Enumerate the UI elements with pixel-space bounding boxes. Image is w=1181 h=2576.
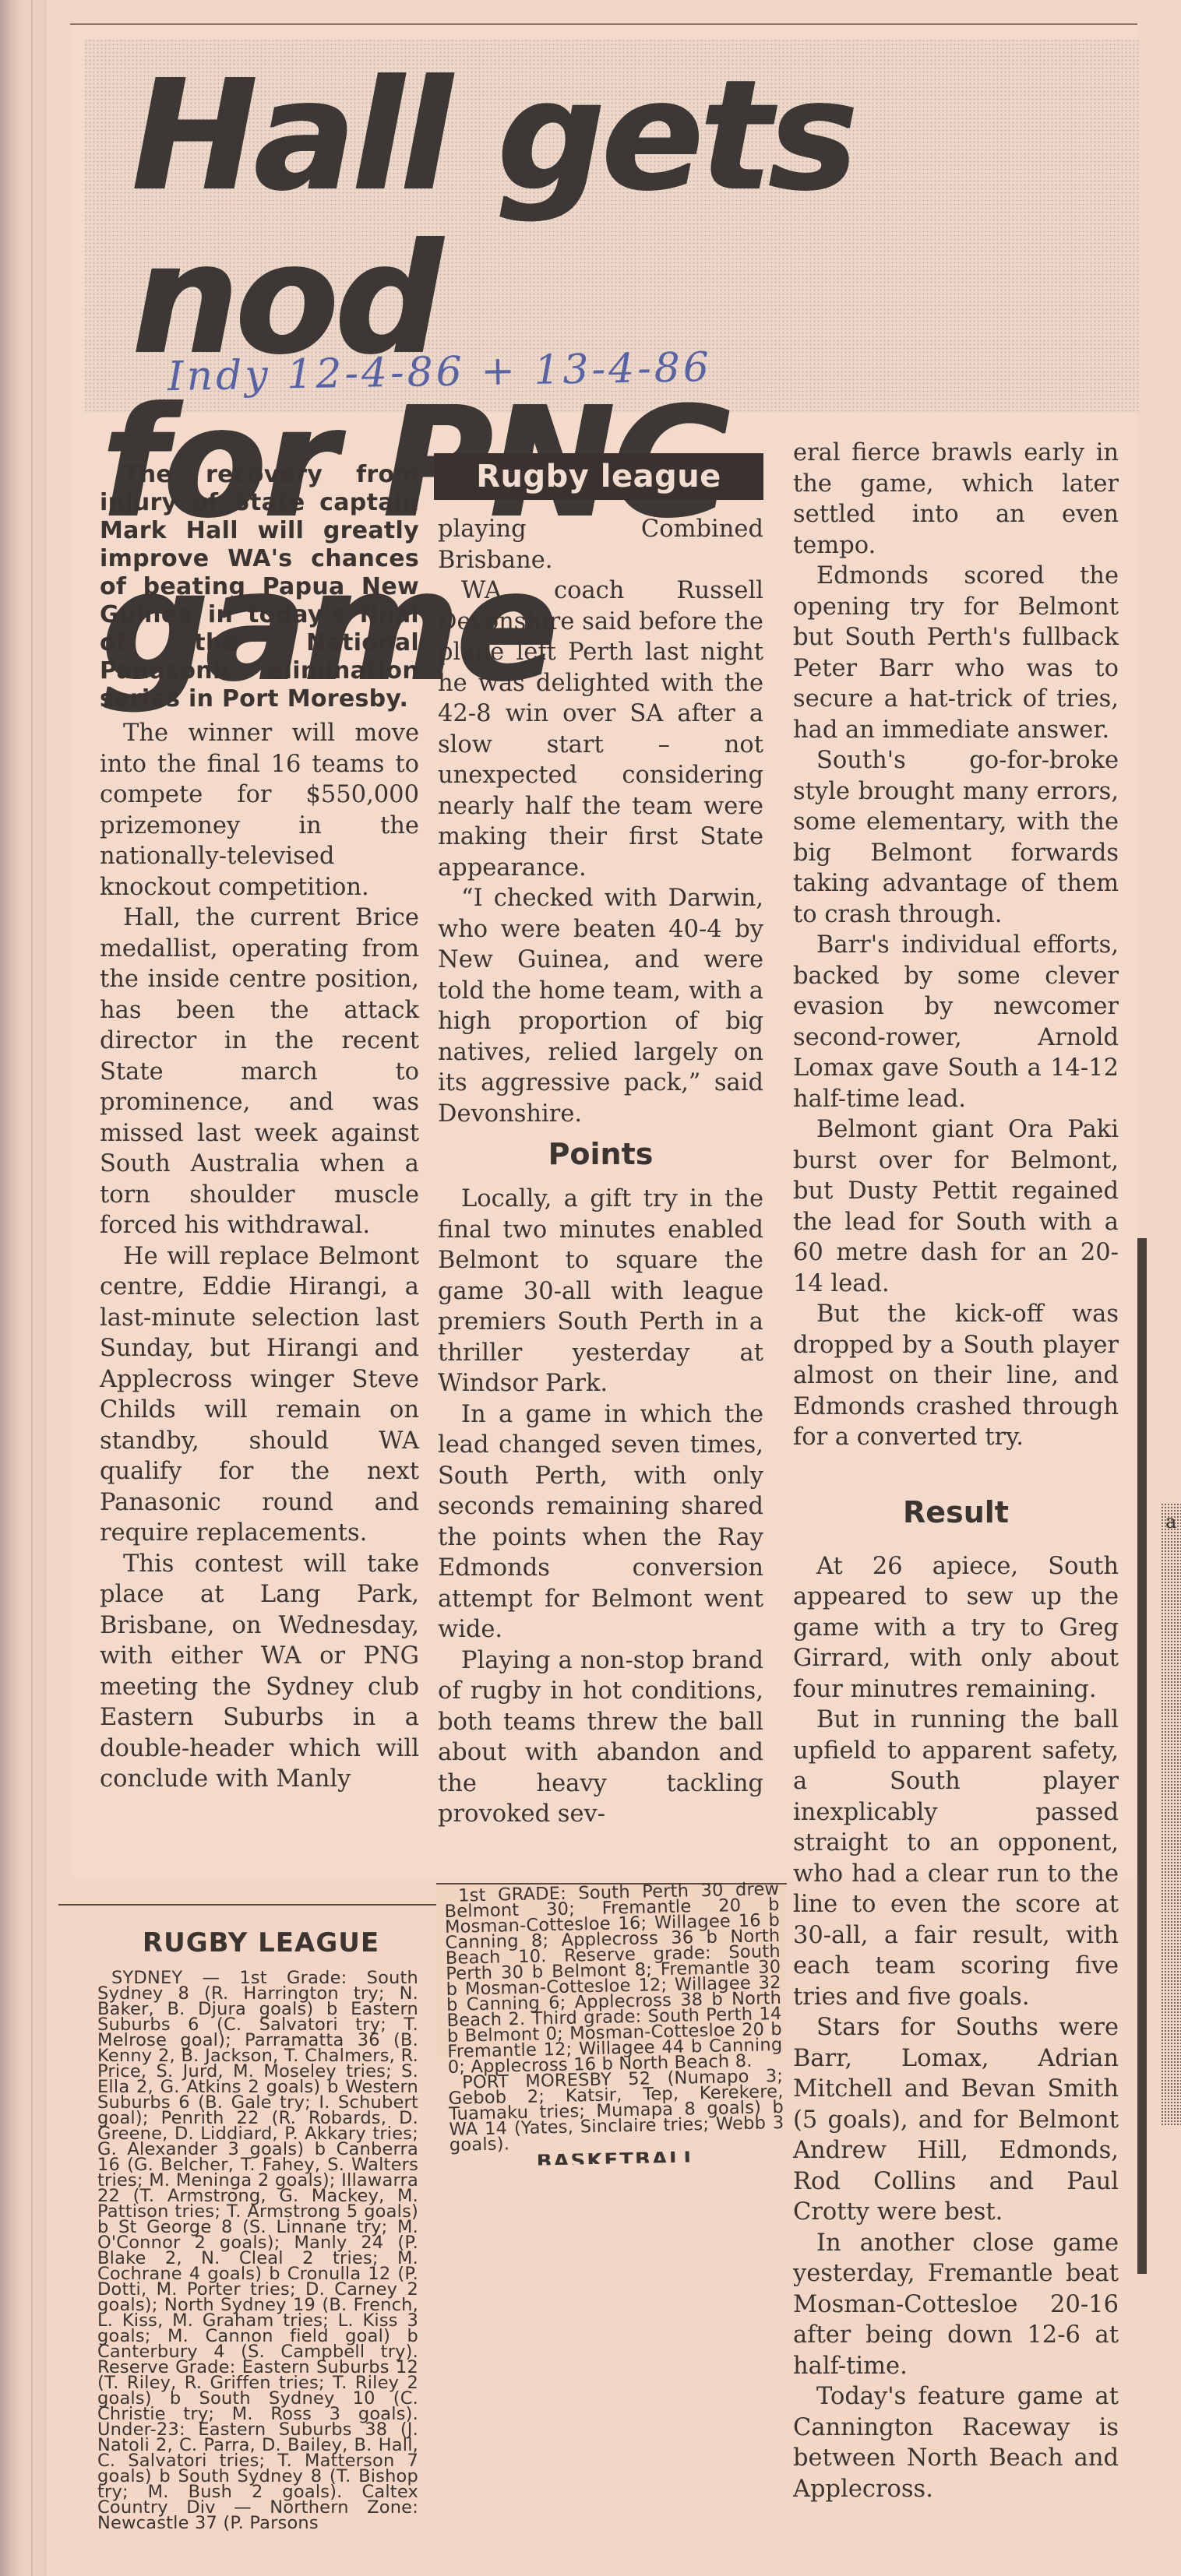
article-paragraph: Barr's individual efforts, backed by som… <box>793 930 1119 1114</box>
results-paragraph: PORT MORESBY 52 (Numapo 3; Gebob 2; Kats… <box>448 2068 784 2153</box>
adjacent-text-fragment: a <box>1165 1511 1176 1533</box>
article-paragraph: Hall, the current Brice medallist, opera… <box>100 903 419 1241</box>
article-paragraph: Playing a non-stop brand of rugby in hot… <box>438 1645 763 1830</box>
article-paragraph: In another close game yesterday, Fremant… <box>793 2228 1119 2382</box>
page-margin <box>0 0 47 2576</box>
article-paragraph: But in running the ball upfield to appar… <box>793 1705 1119 2012</box>
article-paragraph: But the kick-off was dropped by a South … <box>793 1299 1119 1453</box>
results-paragraph: 1st GRADE: South Perth 30 drew Belmont 3… <box>444 1881 783 2075</box>
section-banner-rugby-league: Rugby league <box>434 453 763 500</box>
article-paragraph: WA coach Russell Devonshire said before … <box>438 575 763 883</box>
article-paragraph: Belmont giant Ora Paki burst over for Be… <box>793 1114 1119 1299</box>
article-paragraph: eral fierce brawls early in the game, wh… <box>793 438 1119 561</box>
article-paragraph: In a game in which the lead changed seve… <box>438 1399 763 1645</box>
article-paragraph: The winner will move into the final 16 t… <box>100 718 419 903</box>
article-column-1: The recovery from injury of State captai… <box>100 461 419 1795</box>
perth-results: 1st GRADE: South Perth 30 drew Belmont 3… <box>444 1881 784 2167</box>
handwritten-date-note: Indy 12-4-86 + 13-4-86 <box>167 344 713 400</box>
article-paragraph: Locally, a gift try in the final two min… <box>438 1184 763 1399</box>
article-paragraph: Stars for Souths were Barr, Lomax, Adria… <box>793 2012 1119 2228</box>
article-paragraph: Edmonds scored the opening try for Belmo… <box>793 561 1119 745</box>
headline-line-1: Hall gets nod <box>101 55 1116 382</box>
article-paragraph: This contest will take place at Lang Par… <box>100 1549 419 1795</box>
results-paragraph: SYDNEY — 1st Grade: South Sydney 8 (R. H… <box>97 1970 418 2531</box>
adjacent-clipping-edge <box>1161 1503 1181 2126</box>
sydney-results: SYDNEY — 1st Grade: South Sydney 8 (R. H… <box>97 1970 418 2531</box>
article-paragraph: playing Combined Brisbane. <box>438 514 763 575</box>
subhead-points: Points <box>438 1132 763 1176</box>
article-intro: The recovery from injury of State captai… <box>100 461 419 713</box>
article-paragraph: Today's feature game at Cannington Racew… <box>793 2381 1119 2504</box>
article-paragraph: At 26 apiece, South appeared to sew up t… <box>793 1551 1119 1705</box>
subhead-result: Result <box>793 1490 1119 1534</box>
article-column-2: playing Combined Brisbane. WA coach Russ… <box>438 514 763 1830</box>
article-paragraph: He will replace Belmont centre, Eddie Hi… <box>100 1241 419 1549</box>
results-title: RUGBY LEAGUE <box>132 1927 390 1958</box>
column-rule <box>1137 1238 1147 2274</box>
article-column-3: eral fierce brawls early in the game, wh… <box>793 438 1119 2504</box>
article-paragraph: “I checked with Darwin, who were beaten … <box>438 883 763 1129</box>
article-paragraph: South's go-for-broke style brought many … <box>793 745 1119 930</box>
